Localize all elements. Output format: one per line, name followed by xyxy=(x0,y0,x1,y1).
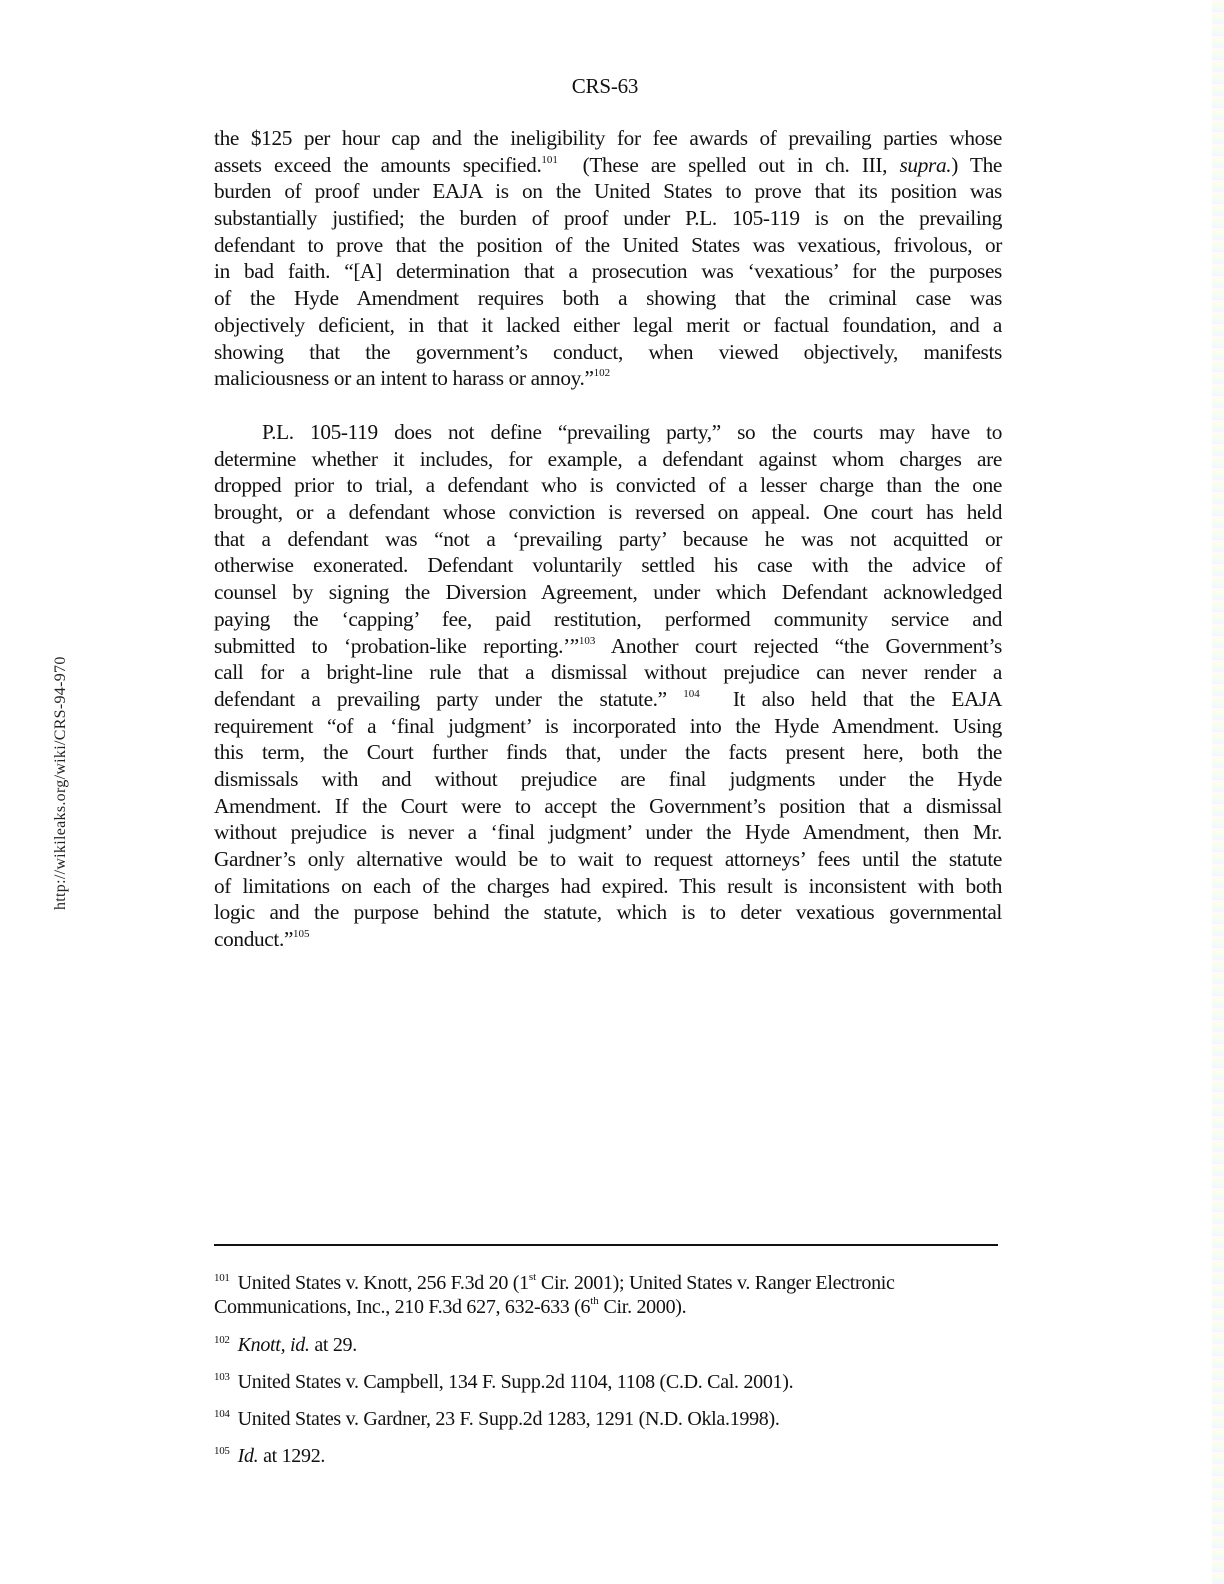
paragraph-2: P.L. 105-119 does not define “prevailing… xyxy=(214,419,1002,953)
footnote-number: 101 xyxy=(214,1272,230,1284)
footnote-101: 101United States v. Knott, 256 F.3d 20 (… xyxy=(214,1271,1004,1319)
text-line: that a defendant was “not a ‘prevailing … xyxy=(214,526,1002,553)
text-line: showing that the government’s conduct, w… xyxy=(214,339,1002,366)
text-line: substantially justified; the burden of p… xyxy=(214,205,1002,232)
text-line: of limitations on each of the charges ha… xyxy=(214,873,1002,900)
text-line: Amendment. If the Court were to accept t… xyxy=(214,793,1002,820)
footnote-ref-103[interactable]: 103 xyxy=(579,635,596,647)
text-line: in bad faith. “[A] determination that a … xyxy=(214,258,1002,285)
text-line: determine whether it includes, for examp… xyxy=(214,446,1002,473)
footnote-number: 104 xyxy=(214,1408,230,1420)
footnote-ref-101[interactable]: 101 xyxy=(541,154,558,166)
text-line: defendant a prevailing party under the s… xyxy=(214,686,1002,713)
footnote-number: 103 xyxy=(214,1371,230,1383)
text-line: P.L. 105-119 does not define “prevailing… xyxy=(214,419,1002,446)
source-url-watermark: http://wikileaks.org/wiki/CRS-94-970 xyxy=(52,656,70,910)
text-line: this term, the Court further finds that,… xyxy=(214,739,1002,766)
footnote-ref-105[interactable]: 105 xyxy=(293,928,310,940)
text-line: logic and the purpose behind the statute… xyxy=(214,899,1002,926)
footnote-103: 103United States v. Campbell, 134 F. Sup… xyxy=(214,1370,1004,1394)
page-number: CRS-63 xyxy=(0,73,1210,99)
text-line: brought, or a defendant whose conviction… xyxy=(214,499,1002,526)
footnote-102: 102Knott, id. at 29. xyxy=(214,1333,1004,1357)
text-line: the $125 per hour cap and the ineligibil… xyxy=(214,125,1002,152)
text-line: conduct.”105 xyxy=(214,926,1002,953)
footnote-ref-102[interactable]: 102 xyxy=(594,367,611,379)
text-line: of the Hyde Amendment requires both a sh… xyxy=(214,285,1002,312)
paragraph-1: the $125 per hour cap and the ineligibil… xyxy=(214,125,1002,392)
text-line: submitted to ‘probation-like reporting.’… xyxy=(214,633,1002,660)
text-line: burden of proof under EAJA is on the Uni… xyxy=(214,178,1002,205)
scan-edge-artifact xyxy=(1212,0,1224,1584)
footnote-number: 105 xyxy=(214,1445,230,1457)
footnote-104: 104United States v. Gardner, 23 F. Supp.… xyxy=(214,1407,1004,1431)
text-line: objectively deficient, in that it lacked… xyxy=(214,312,1002,339)
text-line: maliciousness or an intent to harass or … xyxy=(214,365,1002,392)
text-line: dropped prior to trial, a defendant who … xyxy=(214,472,1002,499)
footnote-ref-104[interactable]: 104 xyxy=(683,688,700,700)
text-line: call for a bright-line rule that a dismi… xyxy=(214,659,1002,686)
text-line: without prejudice is never a ‘final judg… xyxy=(214,819,1002,846)
text-line: dismissals with and without prejudice ar… xyxy=(214,766,1002,793)
text-line: defendant to prove that the position of … xyxy=(214,232,1002,259)
text-line: requirement “of a ‘final judgment’ is in… xyxy=(214,713,1002,740)
text-line: otherwise exonerated. Defendant voluntar… xyxy=(214,552,1002,579)
text-line: assets exceed the amounts specified.101 … xyxy=(214,152,1002,179)
footnote-separator xyxy=(214,1244,998,1246)
text-line: Gardner’s only alternative would be to w… xyxy=(214,846,1002,873)
footnote-105: 105Id. at 1292. xyxy=(214,1444,1004,1468)
text-line: counsel by signing the Diversion Agreeme… xyxy=(214,579,1002,606)
footnote-number: 102 xyxy=(214,1334,230,1346)
text-line: paying the ‘capping’ fee, paid restituti… xyxy=(214,606,1002,633)
